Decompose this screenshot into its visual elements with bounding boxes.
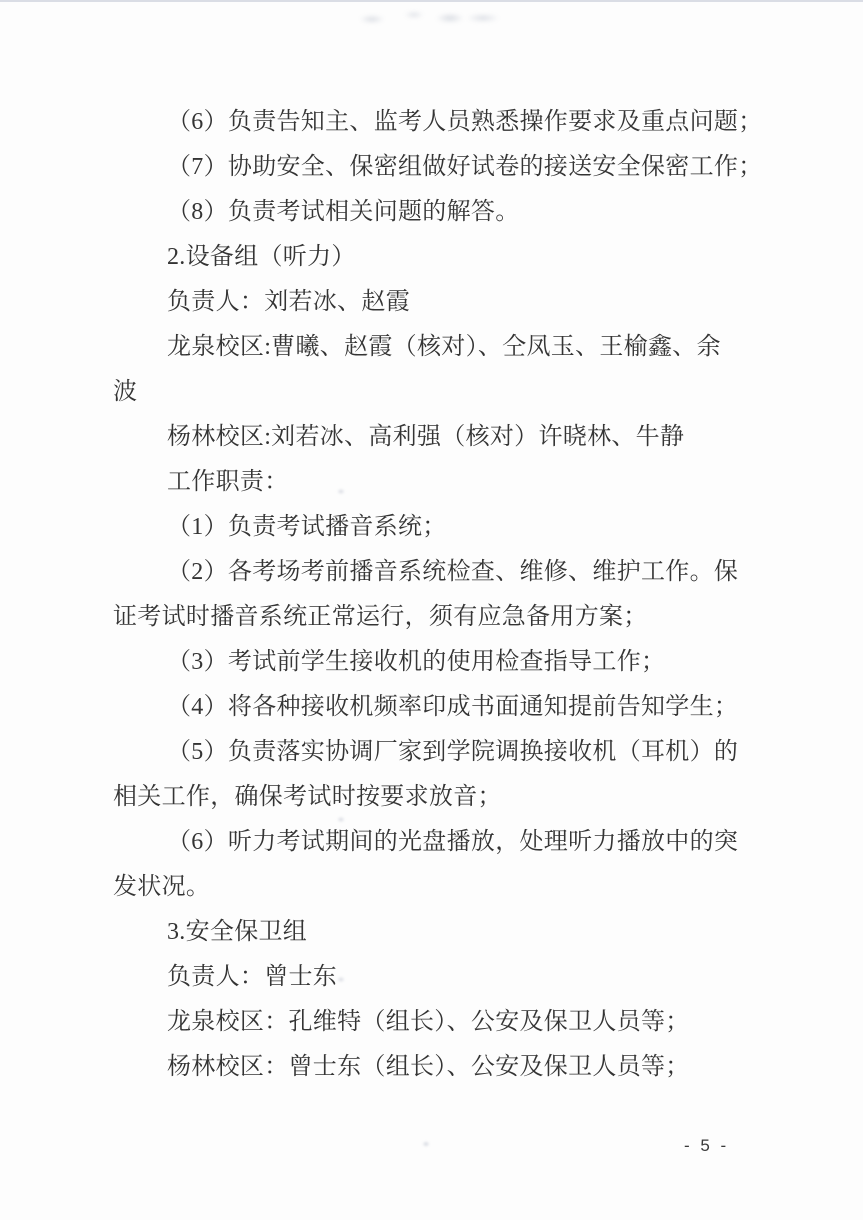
text-line: 龙泉校区：孔维特（组长）、公安及保卫人员等； (113, 1000, 761, 1045)
text-line: （4）将各种接收机频率印成书面通知提前告知学生； (113, 685, 761, 730)
document-body: （6）负责告知主、监考人员熟悉操作要求及重点问题； （7）协助安全、保密组做好试… (113, 100, 761, 1090)
document-page: （6）负责告知主、监考人员熟悉操作要求及重点问题； （7）协助安全、保密组做好试… (0, 0, 863, 1220)
text-line: 龙泉校区:曹曦、赵霞（核对）、仝凤玉、王榆鑫、余 (113, 325, 761, 370)
text-line: 杨林校区：曾士东（组长）、公安及保卫人员等； (113, 1045, 761, 1090)
text-line: 负责人：曾士东 (113, 955, 761, 1000)
text-line: （8）负责考试相关问题的解答。 (113, 190, 761, 235)
scan-speck (419, 1138, 433, 1150)
text-line: 相关工作，确保考试时按要求放音； (113, 775, 761, 820)
text-line: （1）负责考试播音系统； (113, 505, 761, 550)
text-line: （2）各考场考前播音系统检查、维修、维护工作。保 (113, 550, 761, 595)
text-line: 波 (113, 370, 761, 415)
scan-edge-artifact (0, 0, 863, 2)
text-line: 发状况。 (113, 865, 761, 910)
text-line: 工作职责： (113, 460, 761, 505)
text-line: 杨林校区:刘若冰、高利强（核对）许晓林、牛静 (113, 415, 761, 460)
text-line: 负责人：刘若冰、赵霞 (113, 280, 761, 325)
text-line: （6）听力考试期间的光盘播放，处理听力播放中的突 (113, 820, 761, 865)
page-number: - 5 - (684, 1136, 729, 1156)
text-line: （6）负责告知主、监考人员熟悉操作要求及重点问题； (113, 100, 761, 145)
scan-smudge (348, 6, 468, 28)
scan-smudge (455, 10, 517, 26)
section-heading: 3.安全保卫组 (113, 910, 761, 955)
text-line: （3）考试前学生接收机的使用检查指导工作； (113, 640, 761, 685)
section-heading: 2.设备组（听力） (113, 235, 761, 280)
text-line: （7）协助安全、保密组做好试卷的接送安全保密工作； (113, 145, 761, 190)
text-line: 证考试时播音系统正常运行，须有应急备用方案； (113, 595, 761, 640)
text-line: （5）负责落实协调厂家到学院调换接收机（耳机）的 (113, 730, 761, 775)
